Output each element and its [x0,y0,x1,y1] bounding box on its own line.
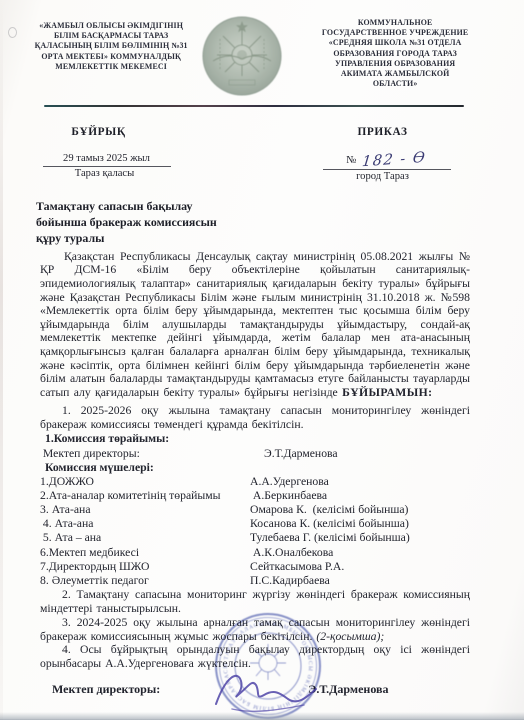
member-name: П.С.Кадирбаева [250,574,330,588]
order-title: Тамақтану сапасын бақылау бойынша бракер… [36,199,524,246]
member-role: 3. Ата-ана [40,503,250,517]
commission-member-row: 6.Мектеп медбикесі А.К.Оналбекова [40,546,470,560]
member-name: Косанова К. (келісімі бойынша) [250,517,409,531]
commission-member-row: 8. Әлеуметтік педагог П.С.Кадирбаева [40,574,470,588]
member-role: 8. Әлеуметтік педагог [40,574,250,588]
org-name-kazakh: «ЖАМБЫЛ ОБЛЫСЫ ӘКІМДІГІНІҢ БІЛІМ БАСҚАРМ… [32,21,190,72]
order-item-2: 2. Тамақтану сапасына мониторинг жүргізу… [40,588,470,616]
order-number-line: №182 - Ө [323,153,451,170]
order-label-russian: ПРИКАЗ [357,126,407,138]
member-name: А.Беркинбаева [250,489,327,503]
order-date: 29 тамыз 2025 жыл [43,153,171,167]
item-3-annex-note: (2-қосымша); [316,630,384,643]
member-role: 4. Ата-ана [40,517,250,531]
order-item-4: 4. Осы бұйрықтың орындалуын бақылау дире… [40,643,470,671]
member-name: А.К.Оналбекова [250,546,333,560]
member-name: Сейткасымова Р.А. [250,560,344,574]
signature-row: Мектеп директоры: Э.Т.Дарменова [52,682,524,697]
document-page: «ЖАМБЫЛ ОБЛЫСЫ ӘКІМДІГІНІҢ БІЛІМ БАСҚАРМ… [0,0,524,720]
commission-member-row: 2.Ата-аналар комитетінің төрайымы А.Берк… [40,489,470,503]
member-name: Омарова К. (келісімі бойынша) [250,503,408,517]
scan-smudge [8,27,17,38]
scan-edge-bottom [0,712,524,720]
org-name-russian: КОММУНАЛЬНОЕ ГОСУДАРСТВЕННОЕ УЧРЕЖДЕНИЕ … [292,18,498,89]
item-3-text: 3. 2024-2025 оқу жылына арналған тамақ с… [40,616,470,643]
commission-member-row: 5. Ата – ана Тулебаева Г. (келісімі бойы… [40,531,470,545]
commission-member-row: 3. Ата-ана Омарова К. (келісімі бойынша) [40,503,470,517]
member-name: А.А.Удергенова [250,475,329,489]
header-divider [44,105,464,107]
document-body: Қазақстан Республикасы Денсаулық сақтау … [40,250,470,671]
order-label-kazakh: БҰЙРЫҚ [71,126,125,138]
order-number-handwritten: 182 - Ө [362,150,428,171]
member-role: 6.Мектеп медбикесі [40,546,250,560]
member-name: Тулебаева Г. (келісімі бойынша) [250,531,410,545]
order-item-3: 3. 2024-2025 оқу жылына арналған тамақ с… [40,616,470,644]
order-preamble: Қазақстан Республикасы Денсаулық сақтау … [40,250,470,400]
signature-name: Э.Т.Дарменова [308,682,388,697]
letterhead: «ЖАМБЫЛ ОБЛЫСЫ ӘКІМДІГІНІҢ БІЛІМ БАСҚАРМ… [0,0,524,103]
order-item-1: 1. 2025-2026 оқу жылына тамақтану сапасы… [40,404,470,432]
commission-chair-row: Мектеп директоры: Э.Т.Дарменова [40,447,470,461]
scan-edge-left [0,0,3,720]
decree-word: БҰЙЫРАМЫН: [342,386,432,399]
commission-members-heading: Комиссия мүшелері: [40,461,470,475]
member-role: 1.ДОЖЖО [40,475,250,489]
commission-member-row: 7.Директордың ШЖО Сейткасымова Р.А. [40,560,470,574]
commission-chair-heading: 1.Комиссия төрайымы: [40,432,470,446]
member-role: 7.Директордың ШЖО [40,560,250,574]
number-sign: № [346,155,356,166]
order-heading-row: БҰЙРЫҚ ПРИКАЗ [0,122,524,140]
order-place-russian: город Тараз [356,171,409,182]
member-role: 5. Ата – ана [40,531,250,545]
member-role: 2.Ата-аналар комитетінің төрайымы [40,489,250,503]
signature-role: Мектеп директоры: [52,682,160,697]
commission-member-row: 4. Ата-ана Косанова К. (келісімі бойынша… [40,517,470,531]
chair-role: Мектеп директоры: [40,447,264,461]
order-place-kazakh: Тараз қаласы [75,168,135,179]
state-emblem-icon [194,14,290,98]
chair-name: Э.Т.Дарменова [264,447,338,461]
preamble-text: Қазақстан Республикасы Денсаулық сақтау … [40,250,470,399]
date-number-row: 29 тамыз 2025 жыл Тараз қаласы №182 - Ө … [0,153,524,182]
commission-member-row: 1.ДОЖЖО А.А.Удергенова [40,475,470,489]
